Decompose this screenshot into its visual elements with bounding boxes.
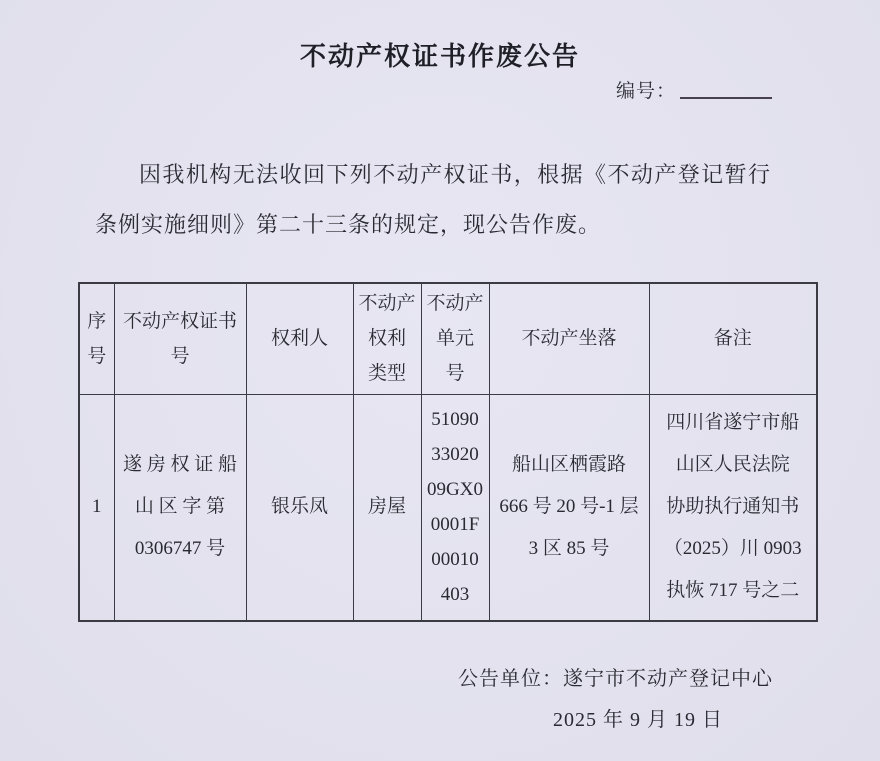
- cell-certificate-no: 遂 房 权 证 船 山 区 字 第 0306747 号: [114, 394, 246, 621]
- serial-number-row: 编号：: [616, 76, 772, 103]
- cell-location: 船山区栖霞路 666 号 20 号-1 层 3 区 85 号: [489, 394, 649, 621]
- cell-holder: 银乐凤: [246, 394, 353, 621]
- scanned-notice-page: 不动产权证书作废公告 编号： 因我机构无法收回下列不动产权证书，根据《不动产登记…: [0, 0, 880, 761]
- invalidation-table: 序 号 不动产权证书 号 权利人 不动产 权利 类型 不动产 单元 号 不动产坐…: [78, 282, 818, 622]
- header-certificate-no: 不动产权证书 号: [114, 283, 246, 394]
- header-index: 序 号: [79, 283, 114, 394]
- cell-index: 1: [79, 394, 114, 621]
- header-remark: 备注: [649, 283, 817, 394]
- cell-unit-no: 51090 33020 09GX0 0001F 00010 403: [421, 394, 489, 621]
- table-row: 1 遂 房 权 证 船 山 区 字 第 0306747 号 银乐凤 房屋 510…: [79, 394, 817, 621]
- serial-blank-line: [680, 78, 772, 99]
- cell-remark: 四川省遂宁市船 山区人民法院 协助执行通知书 （2025）川 0903 执恢 7…: [649, 394, 817, 621]
- issuer-name: 遂宁市不动产登记中心: [563, 668, 773, 690]
- cell-right-type: 房屋: [353, 394, 421, 621]
- body-paragraph: 因我机构无法收回下列不动产权证书，根据《不动产登记暂行条例实施细则》第二十三条的…: [95, 150, 771, 250]
- issuer-label: 公告单位：: [458, 668, 563, 690]
- header-holder: 权利人: [246, 283, 353, 394]
- header-location: 不动产坐落: [489, 283, 649, 394]
- table-header-row: 序 号 不动产权证书 号 权利人 不动产 权利 类型 不动产 单元 号 不动产坐…: [79, 283, 817, 394]
- issuer-line: 公告单位：遂宁市不动产登记中心: [458, 662, 773, 691]
- header-unit-no: 不动产 单元 号: [421, 283, 489, 394]
- header-right-type: 不动产 权利 类型: [353, 283, 421, 394]
- date-line: 2025 年 9 月 19 日: [553, 703, 723, 732]
- serial-label: 编号：: [616, 81, 676, 102]
- page-title: 不动产权证书作废公告: [0, 36, 880, 73]
